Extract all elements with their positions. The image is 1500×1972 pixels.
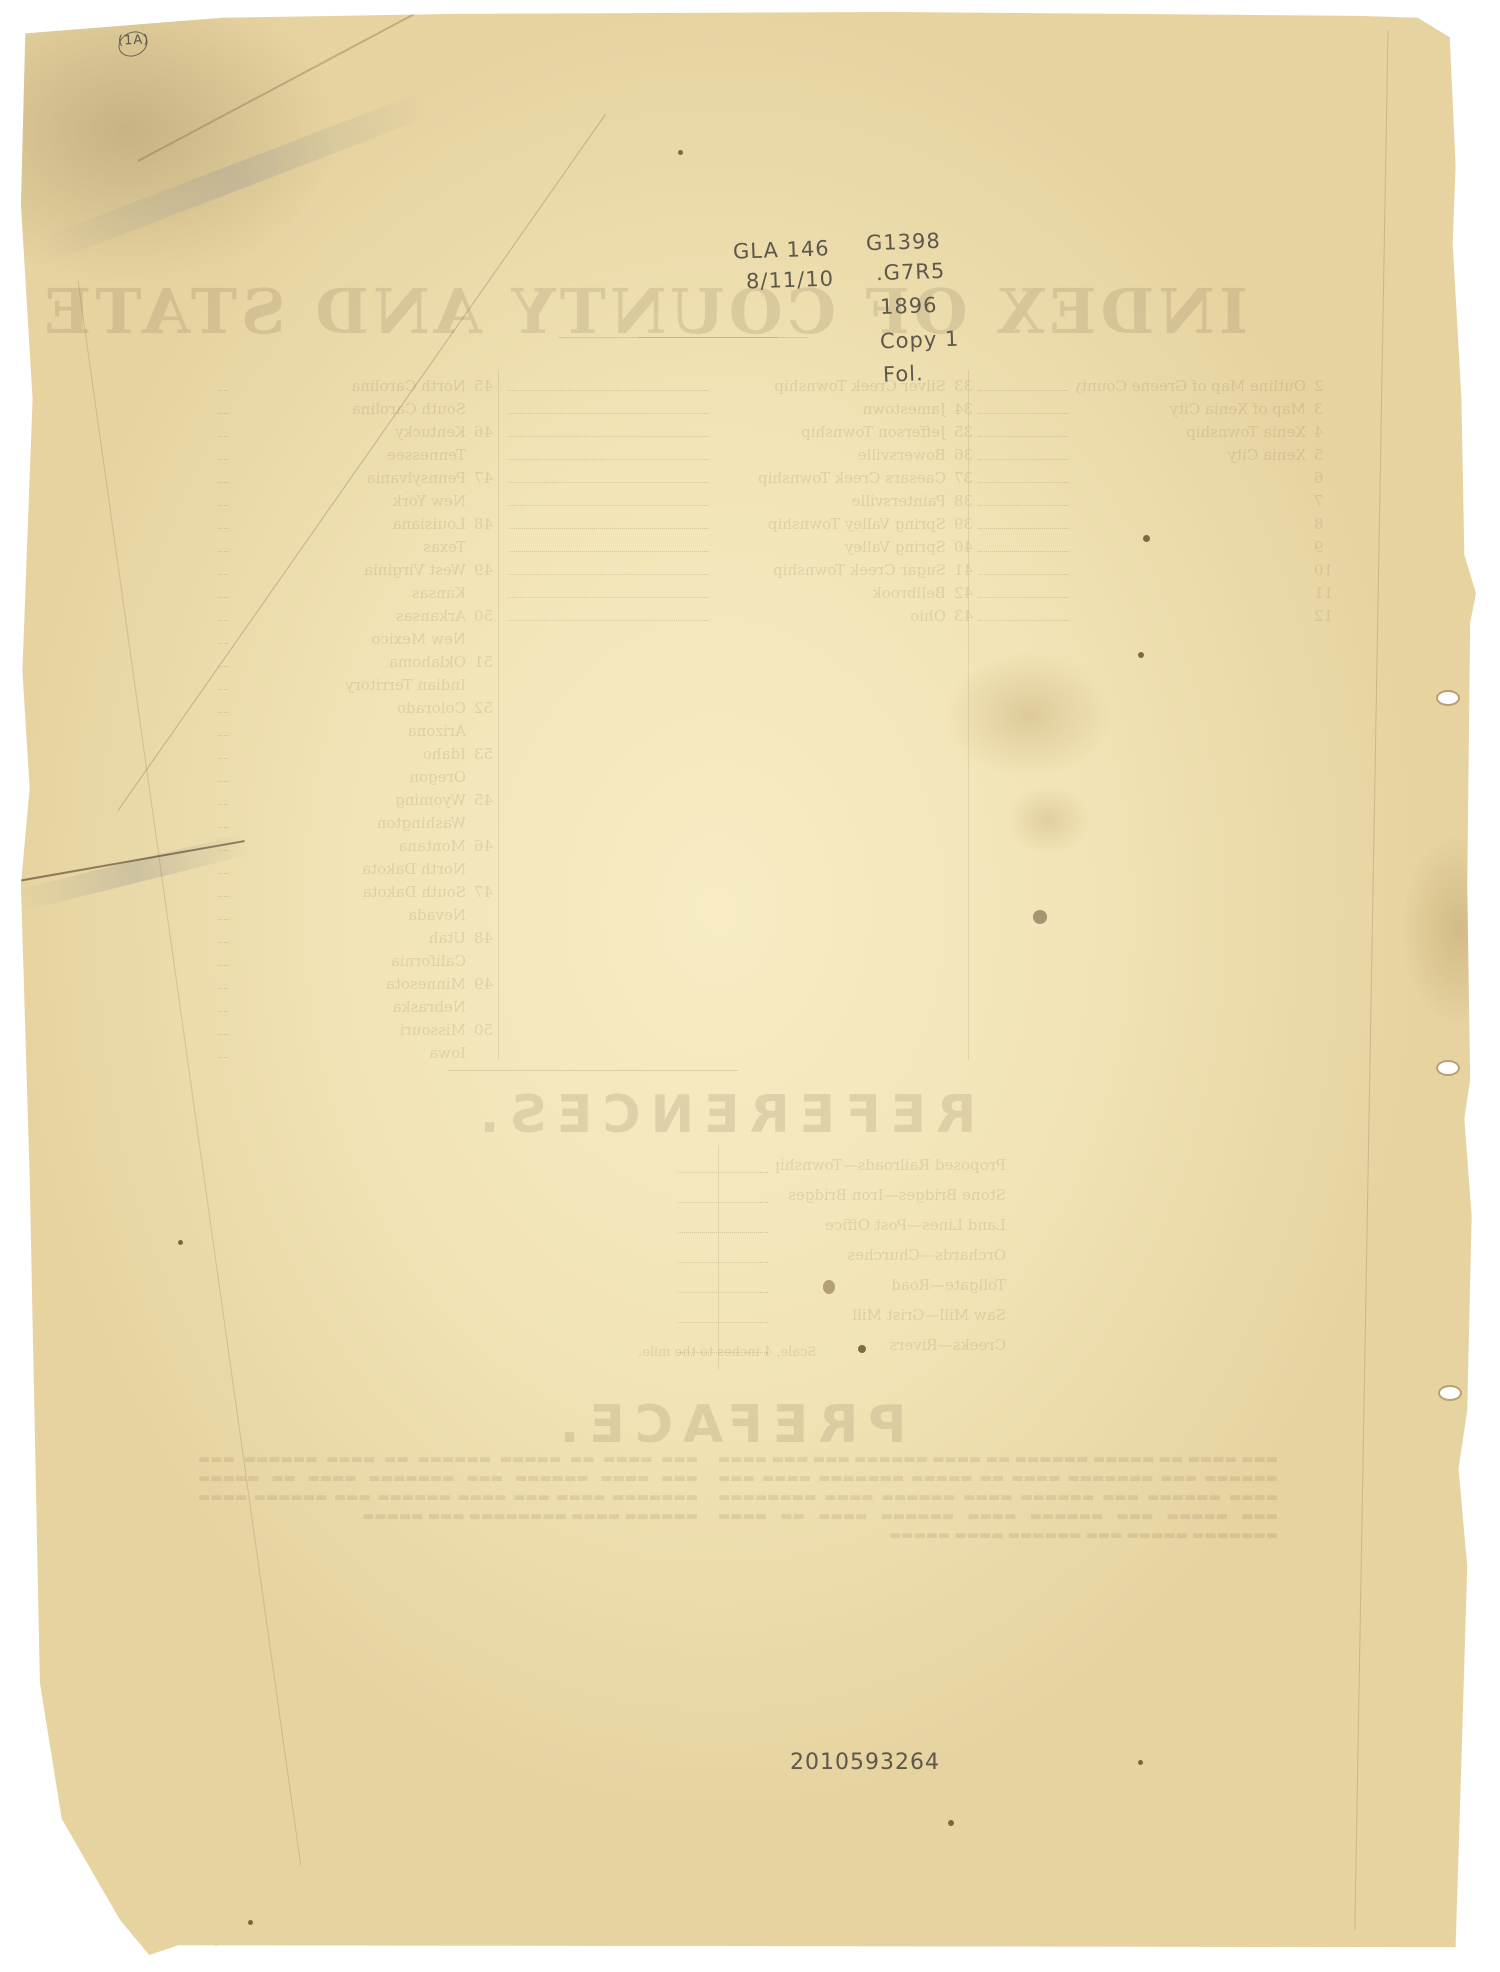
index-label — [1076, 513, 1306, 536]
index-label: Jamestown — [716, 398, 946, 421]
leader-dots — [678, 1210, 768, 1233]
index-page-number — [474, 444, 498, 467]
leader-dots — [218, 536, 228, 552]
index-row: 53Idaho — [218, 743, 498, 766]
index-row: 36Bowersville — [508, 444, 978, 467]
leader-dots — [218, 375, 228, 391]
index-page-number: 7 — [1314, 490, 1338, 513]
leader-dots — [218, 605, 228, 621]
leader-dots — [218, 559, 228, 575]
index-row: Nebraska — [218, 996, 498, 1019]
index-row: North Dakota — [218, 858, 498, 881]
show-through-index-middle: 33Silver Creek Township34Jamestown35Jeff… — [508, 375, 978, 628]
index-label: Kansas — [236, 582, 466, 605]
index-page-number — [474, 398, 498, 421]
index-page-number: 36 — [954, 444, 978, 467]
index-label: South Dakota — [236, 881, 466, 904]
index-row: Iowa — [218, 1042, 498, 1065]
index-page-number: 53 — [474, 743, 498, 766]
leader-dots — [508, 559, 708, 575]
index-label — [1076, 605, 1306, 628]
accession-date: 8/11/10 — [746, 266, 835, 293]
index-label: Indian Territory — [236, 674, 466, 697]
index-label: Louisiana — [236, 513, 466, 536]
index-page-number — [474, 582, 498, 605]
show-through-preface-text: ▬▬▬ ▬▬▬▬ ▬▬ ▬▬▬▬▬ ▬▬▬▬▬▬ ▬▬ ▬▬▬▬ ▬▬▬▬▬▬ … — [718, 1450, 1278, 1610]
leader-dots — [508, 421, 708, 437]
leader-dots — [218, 628, 228, 644]
index-row: New Mexico — [218, 628, 498, 651]
index-page-number — [1014, 1300, 1038, 1330]
index-row: 43Ohio — [508, 605, 978, 628]
leader-dots — [978, 467, 1068, 483]
call-number-line-1: G1398 — [866, 229, 942, 256]
leader-dots — [218, 444, 228, 460]
index-label: Arizona — [236, 720, 466, 743]
leader-dots — [978, 536, 1068, 552]
leader-dots — [218, 1019, 228, 1035]
punch-hole — [1440, 1387, 1460, 1399]
index-page-number — [1014, 1210, 1038, 1240]
index-page-number: 46 — [474, 421, 498, 444]
index-row: Oregon — [218, 766, 498, 789]
index-page-number: 50 — [474, 605, 498, 628]
index-row: New York — [218, 490, 498, 513]
index-page-number: 9 — [1314, 536, 1338, 559]
index-label: Xenia City — [1076, 444, 1306, 467]
index-row: 49Minnesota — [218, 973, 498, 996]
leader-dots — [508, 490, 708, 506]
leader-dots — [978, 444, 1068, 460]
leader-dots — [218, 1042, 228, 1058]
index-row: Proposed Railroads—Township Lines — [678, 1150, 1038, 1180]
leader-dots — [978, 375, 1068, 391]
index-page-number — [474, 904, 498, 927]
punch-hole — [1438, 692, 1458, 704]
index-row: 50Arkansas — [218, 605, 498, 628]
index-label: Missouri — [236, 1019, 466, 1042]
index-label: Iowa — [236, 1042, 466, 1065]
index-page-number: 35 — [954, 421, 978, 444]
index-page-number: 2 — [1314, 375, 1338, 398]
index-label: Caesars Creek Township — [716, 467, 946, 490]
index-label — [1076, 467, 1306, 490]
leader-dots — [978, 559, 1068, 575]
scanned-page: INDEX OF COUNTY AND STATE MAPS. 2Outline… — [18, 10, 1476, 1955]
leader-dots — [508, 375, 708, 391]
show-through-references-list: Proposed Railroads—Township LinesStone B… — [678, 1150, 1038, 1360]
leader-dots — [218, 743, 228, 759]
index-row: 50Missouri — [218, 1019, 498, 1042]
index-page-number: 5 — [1314, 444, 1338, 467]
index-row: 4Xenia Township — [978, 421, 1338, 444]
index-label: Stone Bridges—Iron Bridges — [776, 1180, 1006, 1210]
index-row: 52Colorado — [218, 697, 498, 720]
leader-dots — [218, 835, 228, 851]
index-page-number — [474, 812, 498, 835]
index-row: 46Kentucky — [218, 421, 498, 444]
index-page-number: 49 — [474, 973, 498, 996]
index-label: New Mexico — [236, 628, 466, 651]
index-page-number — [1014, 1240, 1038, 1270]
barcode-number: 2010593264 — [790, 1750, 940, 1775]
index-row: Tennessee — [218, 444, 498, 467]
index-row: Washington — [218, 812, 498, 835]
leader-dots — [508, 582, 708, 598]
leader-dots — [218, 490, 228, 506]
index-page-number: 8 — [1314, 513, 1338, 536]
index-page-number: 39 — [954, 513, 978, 536]
index-label: Proposed Railroads—Township Lines — [776, 1150, 1006, 1180]
leader-dots — [218, 674, 228, 690]
index-page-number: 37 — [954, 467, 978, 490]
index-page-number: 4 — [1314, 421, 1338, 444]
foxing-spot — [1033, 910, 1047, 924]
index-page-number: 45 — [474, 789, 498, 812]
index-page-number — [474, 674, 498, 697]
column-divider — [968, 370, 969, 1060]
index-row: Texas — [218, 536, 498, 559]
index-label: Montana — [236, 835, 466, 858]
index-page-number: 40 — [954, 536, 978, 559]
index-page-number: 41 — [954, 559, 978, 582]
leader-dots — [678, 1150, 768, 1173]
index-label — [1076, 559, 1306, 582]
index-label: Orchards—Churches — [776, 1240, 1006, 1270]
leader-dots — [978, 421, 1068, 437]
index-label: West Virginia — [236, 559, 466, 582]
index-row: 12 — [978, 605, 1338, 628]
leader-dots — [218, 904, 228, 920]
index-page-number: 42 — [954, 582, 978, 605]
index-page-number: 34 — [954, 398, 978, 421]
index-page-number — [474, 996, 498, 1019]
show-through-index-right: 2Outline Map of Greene County3Map of Xen… — [978, 375, 1338, 628]
call-number-line-3: 1896 — [880, 293, 938, 319]
index-row: 34Jamestown — [508, 398, 978, 421]
leader-dots — [218, 927, 228, 943]
index-label: Outline Map of Greene County — [1076, 375, 1306, 398]
index-label: Spring Valley Township — [716, 513, 946, 536]
leader-dots — [978, 605, 1068, 621]
leader-dots — [218, 996, 228, 1012]
index-label: Ohio — [716, 605, 946, 628]
index-label: Paintersville — [716, 490, 946, 513]
index-label: New York — [236, 490, 466, 513]
index-row: Orchards—Churches — [678, 1240, 1038, 1270]
leader-dots — [218, 513, 228, 529]
index-page-number: 48 — [474, 513, 498, 536]
leader-dots — [978, 398, 1068, 414]
index-page-number — [474, 766, 498, 789]
index-page-number: 51 — [474, 651, 498, 674]
leader-dots — [508, 467, 708, 483]
index-label — [1076, 582, 1306, 605]
leader-dots — [218, 789, 228, 805]
index-page-number — [474, 1042, 498, 1065]
index-label: North Dakota — [236, 858, 466, 881]
index-page-number: 11 — [1314, 582, 1338, 605]
index-label: Wyoming — [236, 789, 466, 812]
title-rule — [638, 337, 808, 338]
index-row: 41Sugar Creek Township — [508, 559, 978, 582]
leader-dots — [218, 950, 228, 966]
leader-dots — [678, 1180, 768, 1203]
index-row: 42Bellbrook — [508, 582, 978, 605]
call-number-line-5: Fol. — [883, 361, 925, 386]
index-label: Oklahoma — [236, 651, 466, 674]
index-label: Bowersville — [716, 444, 946, 467]
index-label: Jefferson Township — [716, 421, 946, 444]
leader-dots — [218, 467, 228, 483]
index-page-number: 3 — [1314, 398, 1338, 421]
foxing-spot — [178, 1240, 183, 1245]
index-row: California — [218, 950, 498, 973]
leader-dots — [218, 582, 228, 598]
index-row: South Carolina — [218, 398, 498, 421]
punch-hole — [1438, 1062, 1458, 1074]
index-page-number: 46 — [474, 835, 498, 858]
leader-dots — [218, 398, 228, 414]
index-row: 49West Virginia — [218, 559, 498, 582]
leader-dots — [508, 398, 708, 414]
index-row: 45Wyoming — [218, 789, 498, 812]
index-page-number: 50 — [474, 1019, 498, 1042]
index-bottom-rule — [448, 1070, 738, 1071]
index-row: Kansas — [218, 582, 498, 605]
index-row: Land Lines—Post Office — [678, 1210, 1038, 1240]
leader-dots — [218, 858, 228, 874]
leader-dots — [218, 421, 228, 437]
index-page-number — [474, 628, 498, 651]
index-label: Utah — [236, 927, 466, 950]
index-label: Pennsylvania — [236, 467, 466, 490]
column-divider — [498, 370, 499, 1060]
leader-dots — [218, 651, 228, 667]
foxing-spot — [1138, 652, 1144, 658]
index-row: 6 — [978, 467, 1338, 490]
index-label: South Carolina — [236, 398, 466, 421]
index-page-number — [1014, 1270, 1038, 1300]
index-label: Sugar Creek Township — [716, 559, 946, 582]
show-through-references-note: Scale, 4 inches to the mile. — [638, 1345, 816, 1360]
leader-dots — [218, 697, 228, 713]
index-row: 45North Carolina — [218, 375, 498, 398]
index-row: Stone Bridges—Iron Bridges — [678, 1180, 1038, 1210]
index-page-number — [474, 536, 498, 559]
index-label: Oregon — [236, 766, 466, 789]
index-row: 46Montana — [218, 835, 498, 858]
index-label: Nevada — [236, 904, 466, 927]
leader-dots — [508, 605, 708, 621]
index-label: Tollgate—Road — [776, 1270, 1006, 1300]
index-label: Spring Valley — [716, 536, 946, 559]
index-page-number: 38 — [954, 490, 978, 513]
index-label: Nebraska — [236, 996, 466, 1019]
index-row: 39Spring Valley Township — [508, 513, 978, 536]
show-through-index-left: 45North CarolinaSouth Carolina46Kentucky… — [218, 375, 498, 1065]
show-through-preface-heading: PREFACE. — [488, 1395, 968, 1455]
index-page-number: 12 — [1314, 605, 1338, 628]
leader-dots — [978, 513, 1068, 529]
index-row: 8 — [978, 513, 1338, 536]
index-page-number: 47 — [474, 467, 498, 490]
index-page-number: 10 — [1314, 559, 1338, 582]
leader-dots — [218, 720, 228, 736]
index-row: 3Map of Xenia City — [978, 398, 1338, 421]
references-divider — [718, 1145, 719, 1370]
index-page-number: 43 — [954, 605, 978, 628]
index-row: 9 — [978, 536, 1338, 559]
index-row: 48Louisiana — [218, 513, 498, 536]
index-row: 47South Dakota — [218, 881, 498, 904]
foxing-spot — [1138, 1760, 1143, 1765]
index-row: 5Xenia City — [978, 444, 1338, 467]
index-label: California — [236, 950, 466, 973]
index-page-number — [1014, 1330, 1038, 1360]
leader-dots — [218, 881, 228, 897]
index-label: Saw Mill—Grist Mill — [776, 1300, 1006, 1330]
index-label: Land Lines—Post Office — [776, 1210, 1006, 1240]
corner-mark: (1A) — [118, 32, 150, 48]
show-through-preface-text: ▬▬▬ ▬▬▬▬ ▬▬ ▬▬▬▬▬ ▬▬▬▬▬▬ ▬▬ ▬▬▬▬ ▬▬▬▬▬▬ … — [198, 1450, 698, 1570]
index-row: 48Utah — [218, 927, 498, 950]
leader-dots — [678, 1300, 768, 1323]
leader-dots — [218, 766, 228, 782]
index-page-number: 48 — [474, 927, 498, 950]
accession-code: GLA 146 — [733, 236, 830, 263]
index-page-number — [474, 950, 498, 973]
index-page-number: 52 — [474, 697, 498, 720]
leader-dots — [218, 973, 228, 989]
index-label: Map of Xenia City — [1076, 398, 1306, 421]
index-page-number — [474, 858, 498, 881]
index-row: 35Jefferson Township — [508, 421, 978, 444]
index-row: 47Pennsylvania — [218, 467, 498, 490]
index-row: Arizona — [218, 720, 498, 743]
foxing-spot — [213, 1945, 219, 1951]
index-row: Tollgate—Road — [678, 1270, 1038, 1300]
index-page-number — [1014, 1150, 1038, 1180]
index-label: Kentucky — [236, 421, 466, 444]
index-row: 11 — [978, 582, 1338, 605]
index-page-number — [1014, 1180, 1038, 1210]
index-label: Colorado — [236, 697, 466, 720]
index-row: Indian Territory — [218, 674, 498, 697]
index-row: 38Paintersville — [508, 490, 978, 513]
fold-stain — [33, 90, 434, 265]
call-number-line-4: Copy 1 — [880, 327, 960, 354]
index-page-number: 45 — [474, 375, 498, 398]
crease-line — [1354, 30, 1388, 1930]
leader-dots — [508, 536, 708, 552]
index-page-number — [474, 490, 498, 513]
index-label — [1076, 536, 1306, 559]
index-page-number — [474, 720, 498, 743]
foxing-spot — [948, 1820, 954, 1826]
index-row: 51Oklahoma — [218, 651, 498, 674]
index-label — [1076, 490, 1306, 513]
leader-dots — [678, 1240, 768, 1263]
leader-dots — [508, 513, 708, 529]
index-label: Xenia Township — [1076, 421, 1306, 444]
index-page-number: 49 — [474, 559, 498, 582]
index-row: Nevada — [218, 904, 498, 927]
index-page-number: 47 — [474, 881, 498, 904]
foxing-spot — [678, 150, 683, 155]
index-row: 2Outline Map of Greene County — [978, 375, 1338, 398]
index-label: Idaho — [236, 743, 466, 766]
index-label: Washington — [236, 812, 466, 835]
show-through-references-heading: REFERENCES. — [398, 1085, 1048, 1145]
index-label: Bellbrook — [716, 582, 946, 605]
index-row: 7 — [978, 490, 1338, 513]
leader-dots — [978, 490, 1068, 506]
index-page-number: 6 — [1314, 467, 1338, 490]
leader-dots — [978, 582, 1068, 598]
index-label: North Carolina — [236, 375, 466, 398]
index-row: 40Spring Valley — [508, 536, 978, 559]
index-row: 10 — [978, 559, 1338, 582]
index-page-number: 33 — [954, 375, 978, 398]
index-label: Tennessee — [236, 444, 466, 467]
index-label: Arkansas — [236, 605, 466, 628]
leader-dots — [678, 1270, 768, 1293]
index-label: Minnesota — [236, 973, 466, 996]
index-label: Texas — [236, 536, 466, 559]
foxing-spot — [248, 1920, 253, 1925]
index-row: 37Caesars Creek Township — [508, 467, 978, 490]
index-row: Saw Mill—Grist Mill — [678, 1300, 1038, 1330]
leader-dots — [218, 812, 228, 828]
leader-dots — [508, 444, 708, 460]
call-number-line-2: .G7R5 — [876, 259, 946, 285]
